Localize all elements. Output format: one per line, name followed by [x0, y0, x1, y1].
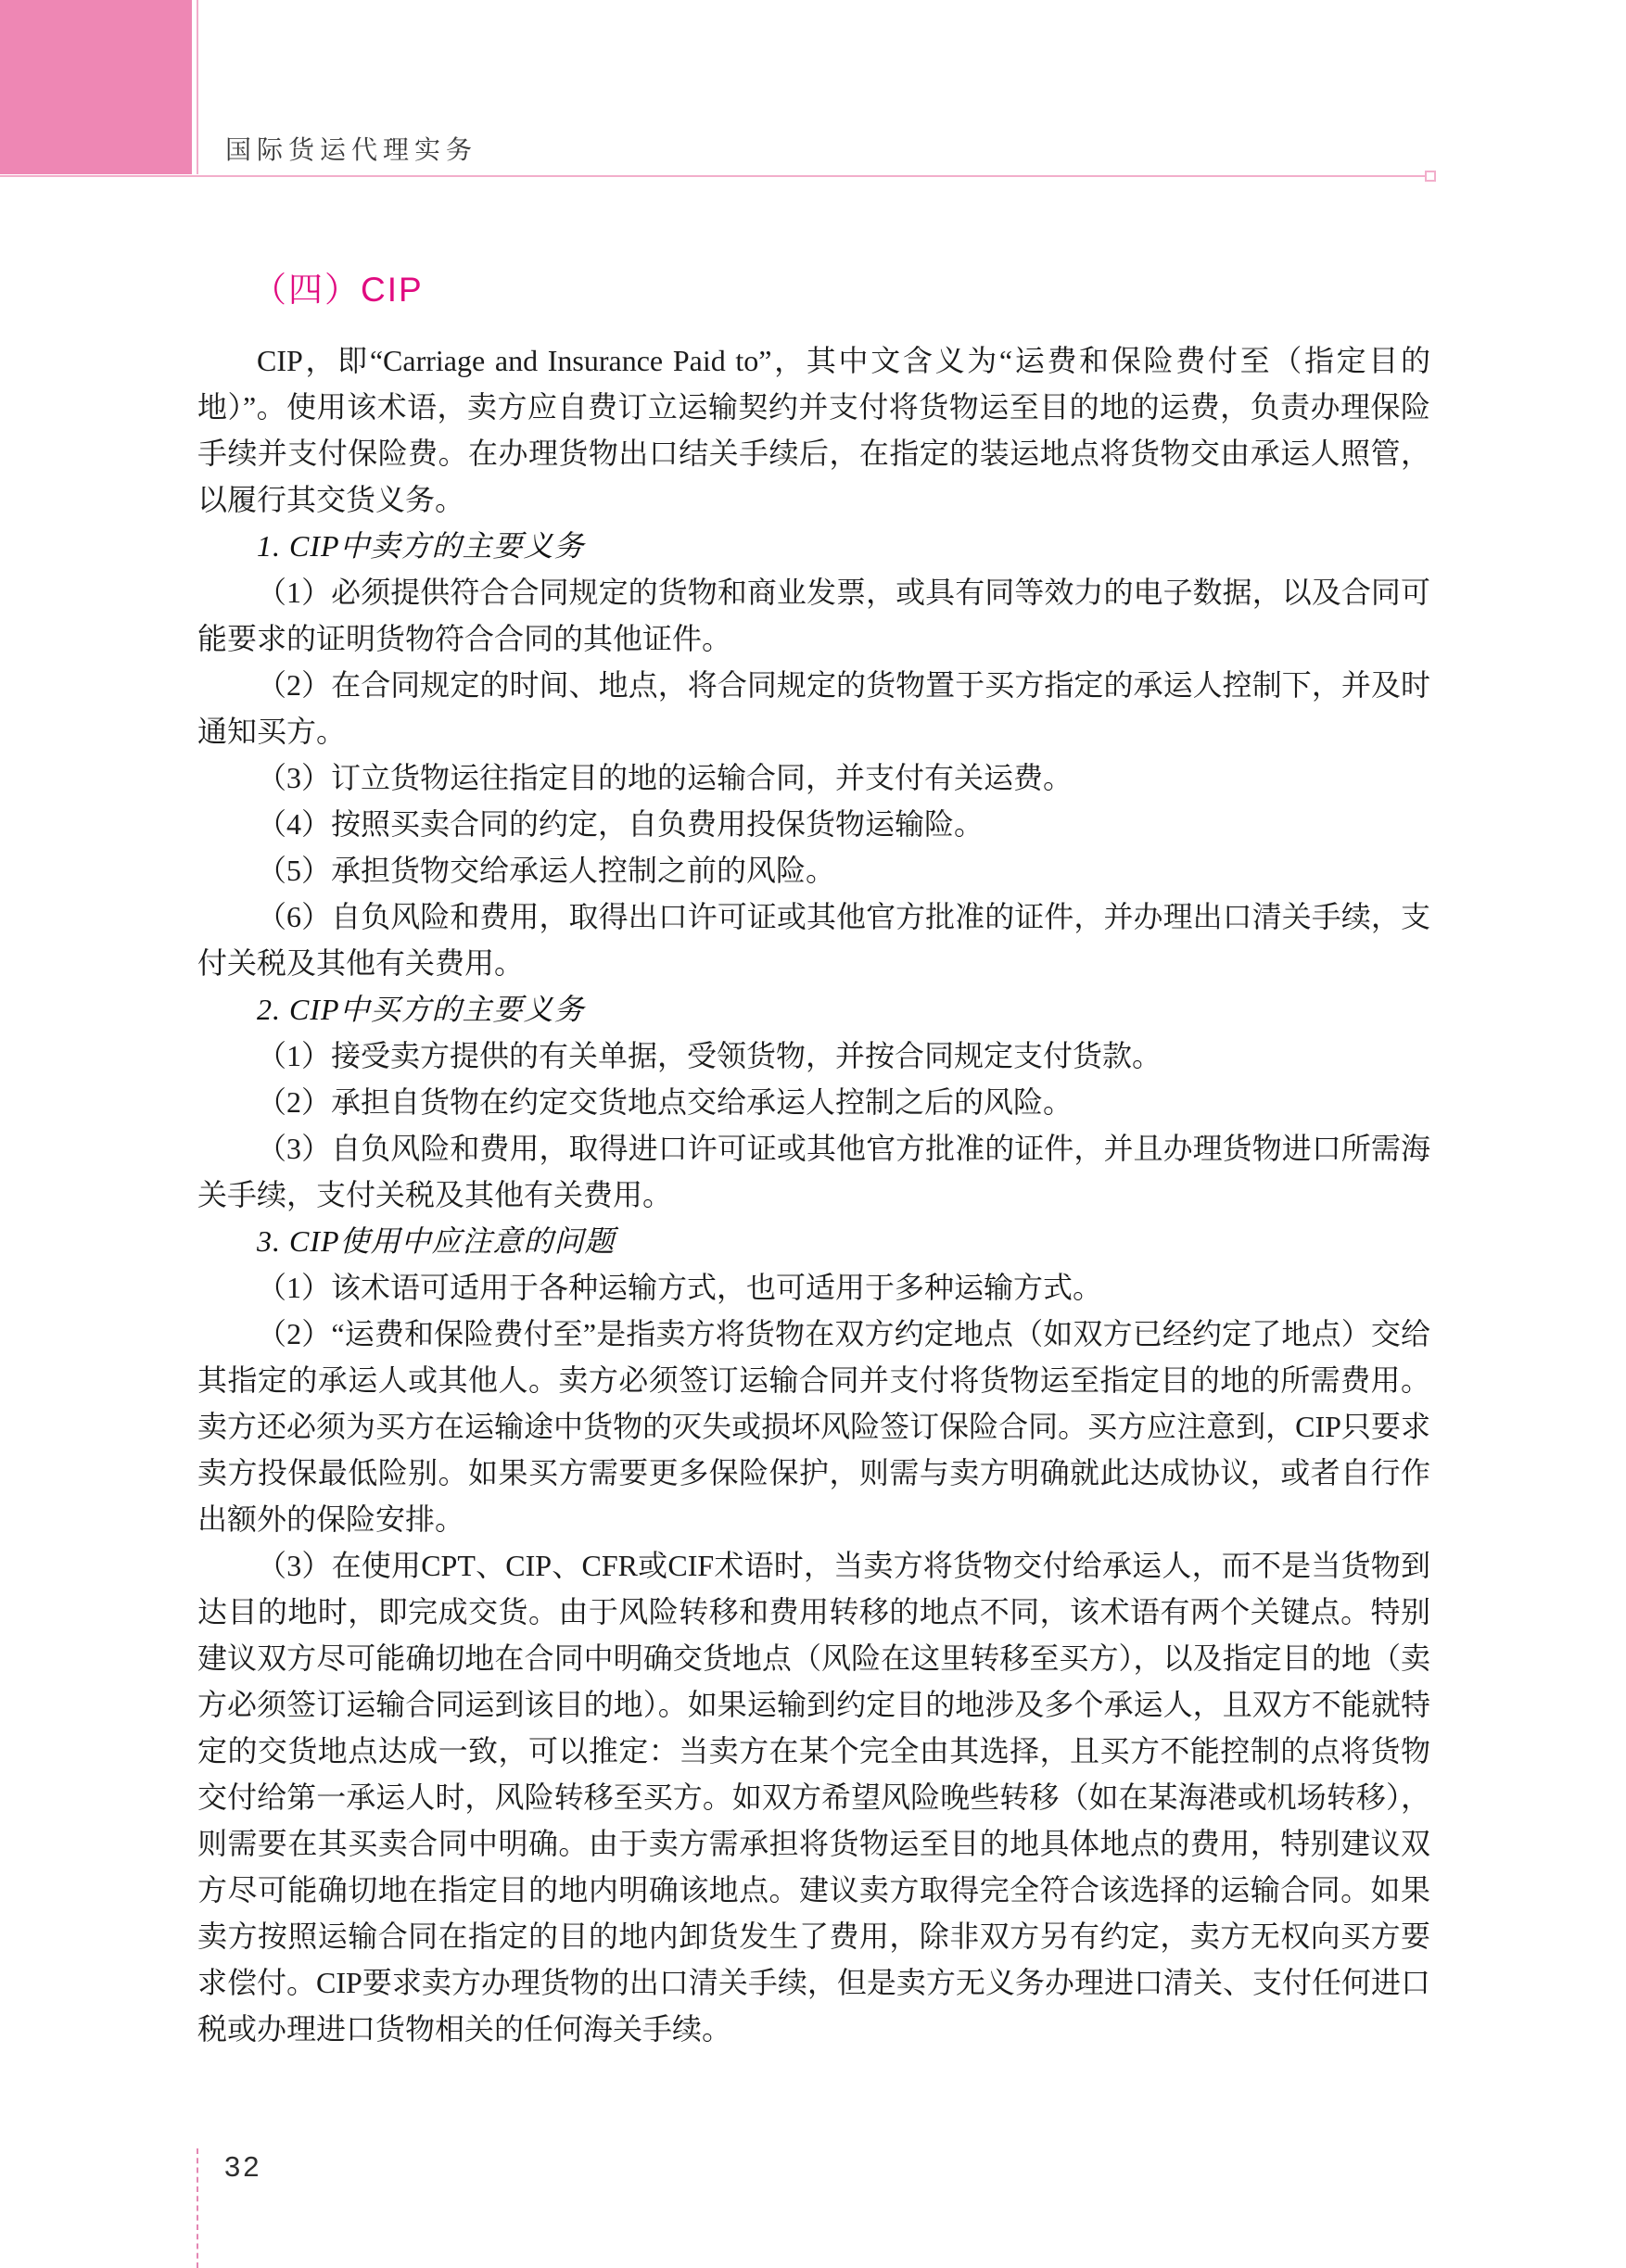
body-paragraph: （1）必须提供符合合同规定的货物和商业发票，或具有同等效力的电子数据，以及合同可… — [197, 569, 1430, 662]
header-horizontal-rule — [0, 175, 1428, 177]
header-rule-end-square — [1425, 171, 1436, 182]
header-vertical-rule — [197, 0, 198, 174]
body-paragraph: （5）承担货物交给承运人控制之前的风险。 — [197, 847, 1430, 893]
body-paragraph: （3）订立货物运往指定目的地的运输合同，并支付有关运费。 — [197, 754, 1430, 801]
subsection-heading: 3. CIP使用中应注意的问题 — [197, 1218, 1430, 1264]
corner-pink-block — [0, 0, 192, 174]
body-paragraph: （2）“运费和保险费付至”是指卖方将货物在双方约定地点（如双方已经约定了地点）交… — [197, 1311, 1430, 1542]
book-page: 国际货运代理实务 （四）CIP CIP，即“Carriage and Insur… — [0, 0, 1626, 2268]
body-paragraph: （3）在使用CPT、CIP、CFR或CIF术语时，当卖方将货物交付给承运人，而不… — [197, 1542, 1430, 2052]
body-paragraph: CIP，即“Carriage and Insurance Paid to”，其中… — [197, 337, 1430, 523]
body-paragraph: （3）自负风险和费用，取得进口许可证或其他官方批准的证件，并且办理货物进口所需海… — [197, 1125, 1430, 1218]
body-paragraph: （2）承担自货物在约定交货地点交给承运人控制之后的风险。 — [197, 1079, 1430, 1125]
body-paragraph: （2）在合同规定的时间、地点，将合同规定的货物置于买方指定的承运人控制下，并及时… — [197, 662, 1430, 754]
subsection-heading: 2. CIP中买方的主要义务 — [197, 986, 1430, 1033]
body-paragraph: （6）自负风险和费用，取得出口许可证或其他官方批准的证件，并办理出口清关手续，支… — [197, 893, 1430, 986]
subsection-heading: 1. CIP中卖方的主要义务 — [197, 523, 1430, 569]
section-title: （四）CIP — [252, 261, 424, 311]
body-paragraph: （1）接受卖方提供的有关单据，受领货物，并按合同规定支付货款。 — [197, 1033, 1430, 1079]
body-paragraph: （4）按照买卖合同的约定，自负费用投保货物运输险。 — [197, 801, 1430, 847]
running-head-book-title: 国际货运代理实务 — [225, 130, 477, 167]
body-text: CIP，即“Carriage and Insurance Paid to”，其中… — [197, 337, 1430, 2052]
body-paragraph: （1）该术语可适用于各种运输方式，也可适用于多种运输方式。 — [197, 1264, 1430, 1311]
footer-dashed-rule — [197, 2148, 198, 2268]
page-number: 32 — [224, 2150, 261, 2184]
